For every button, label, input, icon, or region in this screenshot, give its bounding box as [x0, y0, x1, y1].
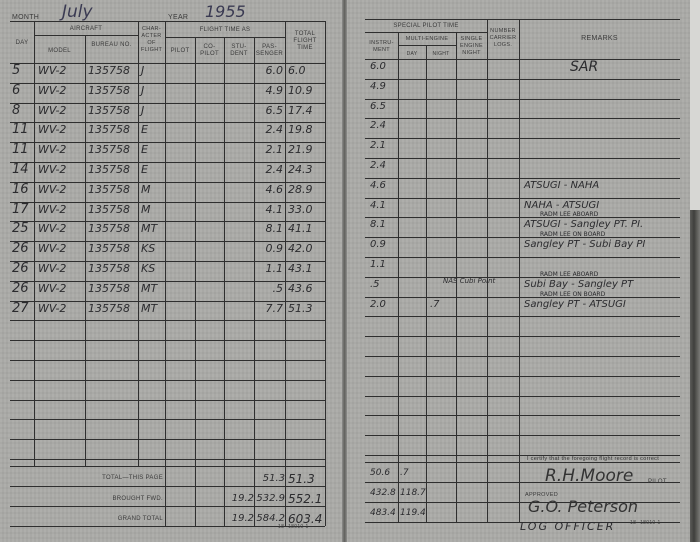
- total-cell: 51.3: [288, 298, 324, 318]
- form-number-left: 18--18010-1: [278, 524, 309, 531]
- model-cell: WV-2: [38, 278, 86, 298]
- table-row: 6WV-2135758J4.910.94.9: [0, 80, 700, 100]
- character-cell: E: [141, 139, 165, 159]
- total-student-cell: 19.2: [226, 488, 254, 508]
- approver-signature: G.O. Peterson: [528, 497, 638, 516]
- instrument-cell: 8.1: [370, 214, 398, 234]
- bureau-cell: 135758: [88, 100, 138, 120]
- passenger-cell: 6.0: [254, 60, 283, 80]
- col-carrier-logs: NUMBER CARRIER LOGS.: [487, 28, 519, 49]
- col-day: DAY: [10, 40, 34, 47]
- total-cell: 17.4: [288, 100, 324, 120]
- instrument-cell: 4.6: [370, 175, 398, 195]
- year-label: YEAR: [168, 14, 188, 21]
- year-value: 1955: [205, 2, 246, 21]
- day-cell: 26: [12, 258, 34, 278]
- total-cell: 43.6: [288, 278, 324, 298]
- character-cell: KS: [141, 238, 165, 258]
- model-cell: WV-2: [38, 100, 86, 120]
- total-cell: 43.1: [288, 258, 324, 278]
- table-row: 11WV-2135758E2.419.82.4: [0, 119, 700, 139]
- total-passenger-cell: 51.3: [254, 468, 285, 488]
- character-cell: E: [141, 159, 165, 179]
- total-cell: 28.9: [288, 179, 324, 199]
- instrument-cell: 2.4: [370, 115, 398, 135]
- col-co-pilot: CO- PILOT: [195, 44, 224, 58]
- bureau-cell: 135758: [88, 218, 138, 238]
- month-value: July: [62, 2, 93, 22]
- bureau-cell: 135758: [88, 278, 138, 298]
- passenger-cell: 6.5: [254, 100, 283, 120]
- table-row: 5WV-2135758J6.06.06.0SAR: [0, 60, 700, 80]
- total-student-cell: 19.2: [226, 508, 254, 528]
- instrument-cell: 2.4: [370, 155, 398, 175]
- instrument-cell: 4.9: [370, 76, 398, 96]
- month-label: MONTH: [12, 14, 39, 21]
- total-instrument-cell: 432.8: [370, 482, 400, 502]
- model-cell: WV-2: [38, 258, 86, 278]
- model-cell: WV-2: [38, 119, 86, 139]
- grid-line: [365, 415, 680, 416]
- passenger-cell: 2.1: [254, 139, 283, 159]
- grid-line: [10, 459, 325, 460]
- col-me-night: NIGHT: [426, 51, 456, 58]
- approver-title: LOG OFFICER: [520, 520, 615, 533]
- day-cell: 16: [12, 179, 34, 199]
- bureau-cell: 135758: [88, 119, 138, 139]
- remarks-cell: Sangley PT - Subi Bay PI: [524, 234, 684, 254]
- col-model: MODEL: [34, 48, 85, 55]
- pilot-signature: R.H.Moore: [545, 466, 633, 486]
- model-cell: WV-2: [38, 238, 86, 258]
- day-cell: 11: [12, 139, 34, 159]
- character-cell: MT: [141, 218, 165, 238]
- passenger-cell: 2.4: [254, 159, 283, 179]
- grand-total-label: GRAND TOTAL: [60, 516, 163, 523]
- grid-line: [34, 35, 138, 36]
- col-aircraft: AIRCRAFT: [34, 26, 138, 33]
- day-cell: 8: [12, 100, 34, 120]
- total-flight-time-cell: 552.1: [288, 488, 324, 508]
- col-remarks: REMARKS: [519, 35, 680, 42]
- day-cell: 25: [12, 218, 34, 238]
- total-cell: 24.3: [288, 159, 324, 179]
- model-cell: WV-2: [38, 139, 86, 159]
- total-instrument-cell: 483.4: [370, 502, 400, 522]
- col-student: STU- DENT: [224, 44, 254, 58]
- day-cell: 6: [12, 80, 34, 100]
- character-cell: J: [141, 100, 165, 120]
- table-row: 27WV-2135758MT7.751.32.0.7RADM LEE ON BO…: [0, 298, 700, 318]
- passenger-cell: 4.9: [254, 80, 283, 100]
- col-special-pilot-time: SPECIAL PILOT TIME: [365, 23, 487, 30]
- bureau-cell: 135758: [88, 199, 138, 219]
- total-cell: 33.0: [288, 199, 324, 219]
- col-total-flight-time: TOTAL FLIGHT TIME: [285, 31, 325, 52]
- day-cell: 5: [12, 60, 34, 80]
- grid-line: [10, 380, 325, 381]
- character-cell: MT: [141, 298, 165, 318]
- passenger-cell: 2.4: [254, 119, 283, 139]
- day-cell: 17: [12, 199, 34, 219]
- total-cell: 41.1: [288, 218, 324, 238]
- day-cell: 11: [12, 119, 34, 139]
- total-passenger-cell: 532.9: [254, 488, 285, 508]
- character-cell: KS: [141, 258, 165, 278]
- instrument-cell: 2.0: [370, 294, 398, 314]
- instrument-cell: 6.5: [370, 96, 398, 116]
- remarks-cell: SAR: [570, 56, 700, 76]
- grid-line: [10, 419, 325, 420]
- col-me-day: DAY: [398, 51, 426, 58]
- total-flight-time-cell: 51.3: [288, 468, 324, 488]
- model-cell: WV-2: [38, 60, 86, 80]
- character-cell: M: [141, 179, 165, 199]
- character-cell: J: [141, 80, 165, 100]
- total-me-day-cell: .7: [400, 462, 426, 482]
- bureau-cell: 135758: [88, 60, 138, 80]
- passenger-cell: 4.6: [254, 179, 283, 199]
- grid-line: [365, 336, 680, 337]
- model-cell: WV-2: [38, 218, 86, 238]
- col-multi-engine: MULTI-ENGINE: [398, 36, 456, 43]
- bureau-cell: 135758: [88, 238, 138, 258]
- total-cell: 19.8: [288, 119, 324, 139]
- total-me-day-cell: 118.7: [400, 482, 426, 502]
- table-row: 26WV-2135758KS0.942.00.9RADM LEE ON BOAR…: [0, 238, 700, 258]
- bureau-cell: 135758: [88, 159, 138, 179]
- note-cell: NAS Cubi Point: [443, 270, 523, 290]
- passenger-cell: 4.1: [254, 199, 283, 219]
- character-cell: M: [141, 199, 165, 219]
- passenger-cell: 7.7: [254, 298, 283, 318]
- grid-line: [10, 439, 325, 440]
- col-bureau-no: BUREAU NO.: [85, 42, 138, 49]
- grid-line: [10, 400, 325, 401]
- grid-line: [365, 396, 680, 397]
- header-rule: [10, 21, 326, 22]
- passenger-cell: 0.9: [254, 238, 283, 258]
- day-cell: 26: [12, 278, 34, 298]
- day-cell: 26: [12, 238, 34, 258]
- header-rule-right: [365, 19, 680, 20]
- table-row: 8WV-2135758J6.517.46.5: [0, 100, 700, 120]
- passenger-cell: 1.1: [254, 258, 283, 278]
- day-cell: 27: [12, 298, 34, 318]
- instrument-cell: 4.1: [370, 195, 398, 215]
- grid-line: [10, 360, 325, 361]
- instrument-cell: 0.9: [370, 234, 398, 254]
- grid-line: [10, 320, 325, 321]
- col-instrument: INSTRU- MENT: [365, 40, 398, 54]
- bureau-cell: 135758: [88, 139, 138, 159]
- instrument-cell: .5: [370, 274, 398, 294]
- pilot-label: PILOT: [648, 479, 667, 486]
- model-cell: WV-2: [38, 179, 86, 199]
- me-day-cell: .7: [430, 294, 454, 314]
- form-number-right: 18--18010-1: [630, 520, 661, 527]
- total-me-day-cell: 119.4: [400, 502, 426, 522]
- grid-line: [365, 376, 680, 377]
- grid-line: [365, 356, 680, 357]
- instrument-cell: 2.1: [370, 135, 398, 155]
- grid-line: [10, 466, 325, 467]
- table-row: 11WV-2135758E2.121.92.1: [0, 139, 700, 159]
- passenger-cell: .5: [254, 278, 283, 298]
- certification-text: I certify that the foregoing flight reco…: [527, 456, 687, 463]
- total-cell: 42.0: [288, 238, 324, 258]
- col-single-engine-night: SINGLE ENGINE NIGHT: [456, 36, 487, 57]
- instrument-cell: 1.1: [370, 254, 398, 274]
- remarks-cell: ATSUGI - NAHA: [524, 175, 684, 195]
- grid-line: [34, 21, 35, 35]
- passenger-cell: 8.1: [254, 218, 283, 238]
- total-cell: 10.9: [288, 80, 324, 100]
- col-character-of-flight: CHAR- ACTER OF FLIGHT: [138, 26, 165, 54]
- remarks-cell: Sangley PT - ATSUGI: [524, 294, 684, 314]
- grid-line: [165, 37, 285, 38]
- character-cell: J: [141, 60, 165, 80]
- instrument-cell: 6.0: [370, 56, 398, 76]
- total-instrument-cell: 50.6: [370, 462, 400, 482]
- bureau-cell: 135758: [88, 298, 138, 318]
- model-cell: WV-2: [38, 159, 86, 179]
- total-cell: 21.9: [288, 139, 324, 159]
- bureau-cell: 135758: [88, 80, 138, 100]
- brought-fwd-label: BROUGHT FWD.: [60, 496, 163, 503]
- bureau-cell: 135758: [88, 258, 138, 278]
- grid-line: [10, 340, 325, 341]
- total-cell: 6.0: [288, 60, 324, 80]
- total-this-page-label: TOTAL—THIS PAGE: [60, 475, 163, 482]
- day-cell: 14: [12, 159, 34, 179]
- grid-line: [365, 32, 487, 33]
- grid-line: [398, 45, 456, 46]
- model-cell: WV-2: [38, 199, 86, 219]
- character-cell: MT: [141, 278, 165, 298]
- bureau-cell: 135758: [88, 179, 138, 199]
- model-cell: WV-2: [38, 298, 86, 318]
- model-cell: WV-2: [38, 80, 86, 100]
- character-cell: E: [141, 119, 165, 139]
- col-flight-time-as: FLIGHT TIME AS: [165, 27, 285, 34]
- col-passenger: PAS- SENGER: [254, 44, 285, 58]
- col-pilot: PILOT: [165, 48, 195, 55]
- grid-line: [365, 435, 680, 436]
